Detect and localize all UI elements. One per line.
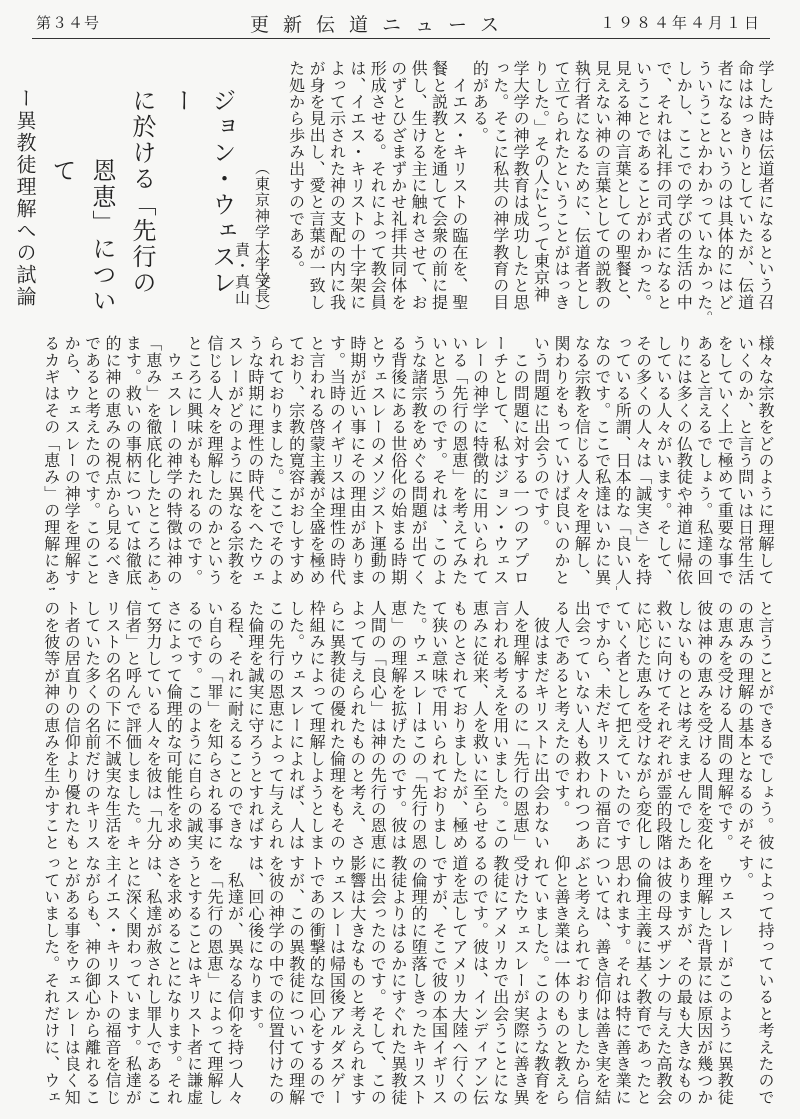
text-column: しないものとは考えませんでした。 [673,600,693,850]
text-column: のを彼等が神の恵みを生かすこと [40,600,60,850]
text-column: に出会ったのです。そして、この [367,855,387,1105]
text-column: さを求めることになります。それ [163,855,183,1105]
text-column: 供し、生ける主に触れさせて、お [408,60,428,315]
text-column: ます。救いの事柄については徹底 [122,335,142,590]
text-column: 見えない神の言葉としての説教の [591,60,611,315]
text-column: の恵みを受ける人間の理解です。 [714,600,734,850]
text-column: ウェスレーは帰国後アルダスゲー [326,855,346,1105]
header-rule [32,38,770,39]
text-column: る人であると考えたのです。 [551,600,571,850]
text-column: この先行の恩恵によって与えられ [265,600,285,850]
text-column: ていく者として把えていたのです。 [612,600,632,850]
article2-text-band-2: 様々な宗教をどのように理解して いくのか、と言う問いは日常生活 をしていく上で極… [30,335,775,590]
text-column: とウェスレーのメソジスト運動の [367,335,387,590]
text-column: 者になるというのは具体的にはど [714,60,734,315]
text-column: 教徒よりはるかにすぐれた異教徒 [387,855,407,1105]
text-column: 主イエス・キリストの福音を信じ [102,855,122,1105]
text-column: 私達が、異なる信仰を持つ人々 [224,855,244,1105]
text-column: る程、それに耐えることのできな [224,600,244,850]
text-column: ういうことかわかっていなかった。 [693,60,713,315]
text-column: と言われる啓蒙主義が全盛を極め [306,335,326,590]
text-column: うな諸宗教をめぐる問題が出てく [408,335,428,590]
text-column: れていました。このような教育を [530,855,550,1105]
text-column: 影響は大きなものと考えられます。 [346,855,366,1105]
article2-text-band-4: によって持っていると考えたので す。 ウェスレーがこのように異教徒 を理解した背… [30,855,775,1105]
text-column: らに異教徒の優れた倫理をもその [326,600,346,850]
text-column: は、イエス・キリストの十字架に [346,60,366,315]
text-column: い自らの「罪」を知らされる事にな [204,600,224,850]
text-column: ですから、未だキリストの福音に [591,600,611,850]
text-column: 学した時は伝道者になるという召 [755,60,775,315]
text-column: に応じた恵みを受けながら変化し [632,600,652,850]
text-column: 様々な宗教をどのように理解して [755,335,775,590]
text-column: 言われる考えを用いました。この [489,600,509,850]
text-column: によって持っていると考えたので [755,855,775,1105]
text-column: て狭い意味で用いられておりまし [428,600,448,850]
text-column: ト者の居直りの信仰より優れたも [61,600,81,850]
text-column: の倫理主義に基く教育であったと [632,855,652,1105]
text-column: た倫理を誠実に守ろうとすればす [244,600,264,850]
text-column: を彼の神学の中での位置付けたの [265,855,285,1105]
text-column: リストの名の下に不誠実な生活を [102,600,122,850]
text-column: とがある事をウェスレーは良く知 [61,855,81,1105]
text-column: が身を見出し、愛と言葉が一致し [306,60,326,315]
text-column: ありますが、その最も大きなもの [673,855,693,1105]
text-column: から、ウェスレーの神学を理解す [61,335,81,590]
article-title-line-3: 恩恵」について [42,88,122,318]
text-column: あると言えるでしょう。私達の回 [693,335,713,590]
band-3: と言うことができるでしょう。彼 の恵みの理解の基本となるのがそ の恵みを受ける人… [30,600,775,850]
band-2: 様々な宗教をどのように理解して いくのか、と言う問いは日常生活 をしていく上で極… [30,335,775,590]
text-column: て立てられたということがはっき [551,60,571,315]
text-column: ものとされておりましたが、極め [449,600,469,850]
text-column: られておりました。ここでそのよ [265,335,285,590]
text-column: るのです。このように自らの誠実 [183,600,203,850]
article2-text-band-3: と言うことができるでしょう。彼 の恵みの理解の基本となるのがそ の恵みを受ける人… [30,600,775,850]
article-subtitle: ー異教徒理解への試論ー [0,88,42,318]
text-column: いと思うのです。それは、このよ [428,335,448,590]
text-column: 思われます。それは特に善き業に [612,855,632,1105]
text-column: いる「先行の恩恵」を考えてみた [449,335,469,590]
text-column: は彼の母スザンナの与えた高教会 [653,855,673,1105]
text-column: ぶと考えられておりましたから信 [571,855,591,1105]
text-column: 関わりをもっていけば良いのかと [551,335,571,590]
text-column: している人々がいます。そして、 [653,335,673,590]
text-column: のずとひざまずかせ礼拝共同体を [387,60,407,315]
text-column: て努力している人々を彼は「九分 [142,600,162,850]
text-column: と言うことができるでしょう。彼 [755,600,775,850]
text-column: 信者」と呼んで評価しました。キ [122,600,142,850]
text-column: 執行者になるために、伝道者とし [571,60,591,315]
text-column: 道を志してアメリカ大陸へ行くの [449,855,469,1105]
text-column: 恵みに従来、人を救いに至らせる [469,600,489,850]
article-title-line-2: に於ける「先行の [122,88,162,318]
text-column: 的に神の恵みの視点から見るべき [102,335,122,590]
text-column: 時期が近い事にその理由がありま [346,335,366,590]
text-column: よって示された神の支配の内に我 [326,60,346,315]
text-column: をしていく上で極めて重要な事で [714,335,734,590]
text-column: 仰と善き業は一体のものと教えら [551,855,571,1105]
text-column: 彼は神の恵みを受ける人間を変化 [693,600,713,850]
text-column: 受けたウェスレーが実際に善き異 [510,855,530,1105]
text-column: この問題に対する一つのアプロ [510,335,530,590]
text-column: よって与えられたものと考え、さ [346,600,366,850]
band-4: によって持っていると考えたので す。 ウェスレーがこのように異教徒 を理解した背… [30,855,775,1105]
text-column: なる宗教を信じる人々を理解し、 [571,335,591,590]
text-column: 「恵み」を徹底化したところにあり [142,335,162,590]
text-column: その多くの人々は「誠実さ」を持 [632,335,652,590]
text-column: す。 [734,855,754,1105]
text-column: るのです。彼は、インディアン伝 [469,855,489,1105]
text-column: る背後にある世俗化の始まる時期 [387,335,407,590]
text-column: っていました。それだけに、ウェ [40,855,60,1105]
text-column: ウェスレーがこのように異教徒 [714,855,734,1105]
text-column: ところに興味がもたれるのです。 [183,335,203,590]
text-column: ウェスレーの神学の特徴は神の [163,335,183,590]
text-column: で、それは礼拝の司式者になると [653,60,673,315]
text-column: 枠組みによって理解しようとしま [306,600,326,850]
article-title-line-1: ジョン・ウェスレー [162,88,242,318]
text-column: スレーがどのように異なる宗教を [224,335,244,590]
text-column: であると考えたのです。このこと [81,335,101,590]
text-column: 彼はまだキリストに出会わない [530,600,550,850]
text-column: イエス・キリストの臨在を、聖 [449,60,469,315]
text-column: 見える神の言葉としての聖餐と、 [612,60,632,315]
text-column: しかし、ここでの学びの生活の中 [673,60,693,315]
text-column: りには多くの仏教徒や神道に帰依 [673,335,693,590]
text-column: っている所謂、日本的な「良い人」 [612,335,632,590]
text-column: を理解した背景には原因が幾つか [693,855,713,1105]
text-column: ながらも、神の御心から離れるこ [81,855,101,1105]
text-column: レーの神学に特徴的に用いられて [469,335,489,590]
text-column: るカギはその「恵み」の理解にある [40,335,60,590]
text-column: は、回心後になります。 [244,855,264,1105]
text-column: 人を理解するのに「先行の恩恵」と [510,600,530,850]
text-column: 教徒にアメリカで出会うことにな [489,855,509,1105]
text-column: ですが、そこで彼の本国イギリス [428,855,448,1105]
text-column: 出会っていない人も救われつつあ [571,600,591,850]
text-column: なのです。ここで私達はいかに異 [591,335,611,590]
text-column: った。そこに私共の神学教育の目 [489,60,509,315]
issue-date: １９８４年４月１日 [600,12,762,33]
text-column: さによって倫理的な可能性を求め [163,600,183,850]
article1-tail-text: 学した時は伝道者になるという召 命ははっきりとしていたが、伝道 者になるというの… [262,60,775,315]
text-column: 学大学の神学教育は成功したと思 [510,60,530,315]
text-column: 命ははっきりとしていたが、伝道 [734,60,754,315]
text-column: トであの衝撃的な回心をするので [306,855,326,1105]
text-column: を「先行の恩恵」によって理解しよ [204,855,224,1105]
text-column: ーチとして、私はジョン・ウェス [489,335,509,590]
text-column: ており、宗教的寛容がおしすすめ [285,335,305,590]
text-column: 的がある。 [469,60,489,315]
text-column: は、私達が赦されし罪人であるこ [142,855,162,1105]
text-column: の倫理的に堕落しきったキリスト [408,855,428,1105]
text-column: うとすることはキリスト者に謙虚 [183,855,203,1105]
text-column: 救いに向けてそれぞれが霊的段階 [653,600,673,850]
text-column: ついては、善き信仰は善き実を結 [591,855,611,1105]
newsletter-title: 更新伝道ニュース [250,10,513,37]
text-column: た。ウェスレーはこの「先行の恩 [408,600,428,850]
text-column: した。ウェスレーによれば、人は [285,600,305,850]
text-column: た処から歩み出すのである。 [285,60,305,315]
text-column: 信じる人々を理解したのかという [204,335,224,590]
page-header: 第３４号 更新伝道ニュース １９８４年４月１日 [0,0,800,44]
text-column: うな時期に理性の時代をへたウェ [244,335,264,590]
text-column: の恵みの理解の基本となるのがそ [734,600,754,850]
article2-title-block: ジョン・ウェスレー に於ける「先行の 恩恵」について ー異教徒理解への試論ー 久… [32,88,242,318]
issue-number: 第３４号 [36,12,100,33]
text-column: 餐と説教とを通して会衆の前に提 [428,60,448,315]
text-column: とに深く関わっています。私達が [122,855,142,1105]
text-column: していた多くの名前だけのキリス [81,600,101,850]
text-column: いう問題に出会うのです。 [530,335,550,590]
text-column: りした。」その人にとって東京神 [530,60,550,315]
text-column: 人間の「良心」は神の先行の恩恵に [367,600,387,850]
text-column: す。当時のイギリスは理性の時代 [326,335,346,590]
text-column: いくのか、と言う問いは日常生活 [734,335,754,590]
text-column: すが、この異教徒についての理解 [285,855,305,1105]
text-column: 形成させる。それによって教会員 [367,60,387,315]
text-column: いうことであることがわかった。 [632,60,652,315]
text-column: 恵」の理解を拡げたのです。彼は [387,600,407,850]
